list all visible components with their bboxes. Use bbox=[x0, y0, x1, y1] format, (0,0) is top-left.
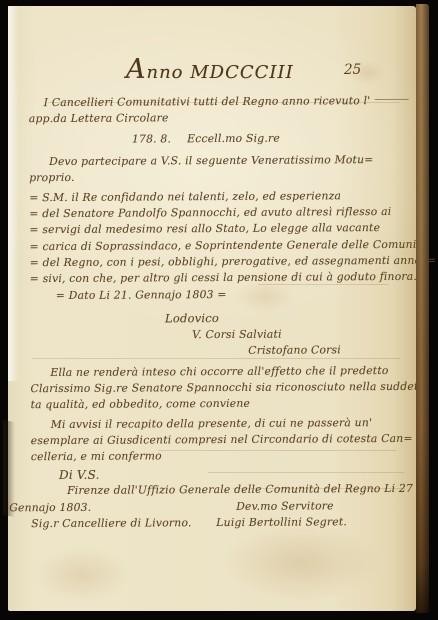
decree-dateline: = Dato Li 21. Gennajo 1803 = bbox=[56, 286, 412, 304]
page-number: 25 bbox=[344, 62, 361, 78]
closing-line-2: Clarissimo Sig.re Senatore Spannocchi si… bbox=[30, 379, 412, 398]
line-filler-stroke bbox=[374, 99, 408, 100]
body-line-1: Devo partecipare a V.S. il seguente Vene… bbox=[29, 151, 411, 170]
signature-countersign-1: V. Corsi Salviati bbox=[192, 325, 412, 343]
letter-body: I Cancellieri Comunitativi tutti del Reg… bbox=[29, 93, 414, 532]
intro-line-1-text: I Cancellieri Comunitativi tutti del Reg… bbox=[44, 94, 371, 109]
addressee-and-signature-row: Sig.r Cancelliere di Livorno. Luigi Bert… bbox=[31, 514, 413, 533]
quote-line-6: = sivi, con che, per altro gli cessi la … bbox=[30, 269, 412, 288]
reference-number: 178. 8. bbox=[132, 133, 171, 146]
closing-line-5: esemplare ai Giusdicenti compresi nel Ci… bbox=[31, 431, 413, 450]
intro-line-2: app.da Lettera Circolare bbox=[29, 109, 411, 128]
sender-title: Dev.mo Servitore bbox=[236, 498, 334, 515]
salutation: Eccell.mo Sig.re bbox=[187, 132, 280, 146]
signature-countersign-2: Cristofano Corsi bbox=[248, 342, 412, 359]
page-left-edge-highlight bbox=[8, 6, 19, 381]
addressee: Sig.r Cancelliere di Livorno. bbox=[31, 516, 191, 530]
manuscript-photo: Anno MDCCCIII 25 I Cancellieri Comunitat… bbox=[0, 0, 438, 620]
year-heading: Anno MDCCCIII bbox=[126, 54, 294, 85]
book-fore-edge bbox=[416, 4, 429, 613]
issue-date: Gennajo 1803. bbox=[9, 500, 91, 514]
manuscript-page: Anno MDCCCIII 25 I Cancellieri Comunitat… bbox=[8, 6, 416, 611]
intro-line-1: I Cancellieri Comunitativi tutti del Reg… bbox=[29, 93, 411, 112]
body-line-2: proprio. bbox=[29, 168, 411, 187]
quote-line-3: = servigi dal medesimo resi allo Stato, … bbox=[29, 220, 411, 239]
reference-line: 178. 8.Eccell.mo Sig.re bbox=[132, 130, 411, 148]
signature-royal: Lodovico bbox=[165, 309, 412, 327]
closing-line-3: ta qualità, ed obbedito, come conviene bbox=[31, 395, 413, 414]
closing-line-6: celleria, e mi confermo bbox=[31, 447, 413, 466]
sender-signature: Luigi Bertollini Segret. bbox=[216, 514, 347, 531]
